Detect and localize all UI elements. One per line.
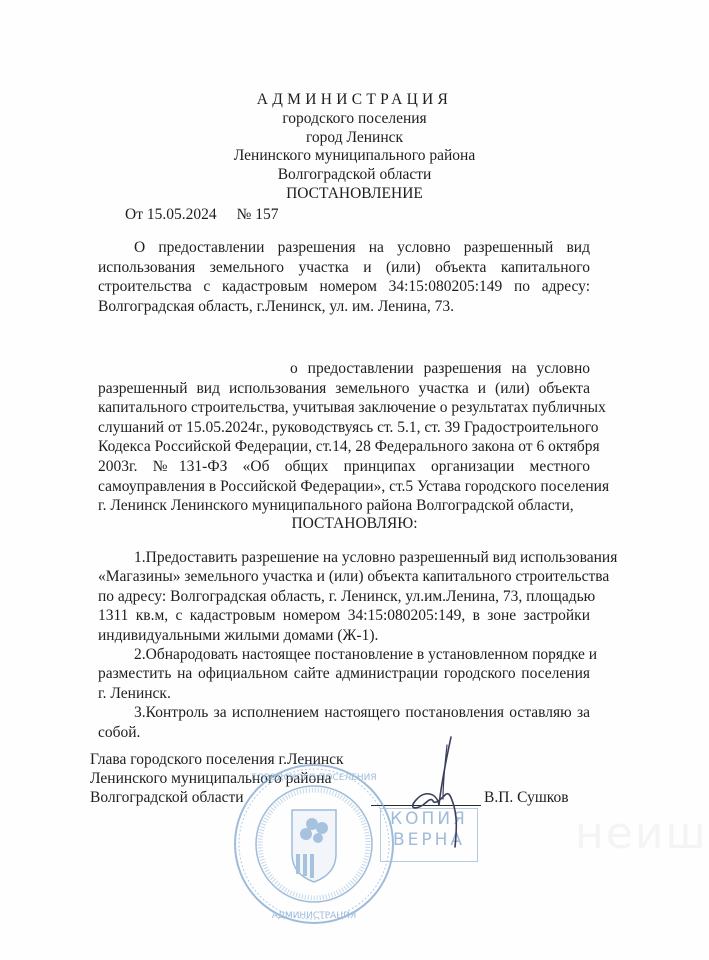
preamble-line: г. Ленинск Ленинского муниципального рай… — [98, 496, 590, 516]
subject-line: О предоставлении разрешения на условно р… — [98, 238, 590, 258]
preamble-line: Кодекса Российской Федерации, ст.14, 28 … — [98, 437, 590, 457]
item-1-line: индивидуальными жилыми домами (Ж-1). — [98, 626, 590, 645]
preamble-line: 2003г. №131-ФЗ «Об общих принципах орган… — [98, 457, 590, 477]
item-2-line: разместить на официальном сайте админист… — [98, 664, 590, 683]
header-line-2: город Ленинск — [0, 129, 709, 148]
preamble-line: разрешенный вид использования земельного… — [98, 379, 590, 399]
official-seal-icon: ГОРОДСКОГО ПОСЕЛЕНИЯ АДМИНИСТРАЦИЯ — [232, 762, 396, 926]
document-page: АДМИНИСТРАЦИЯ городского поселения город… — [0, 0, 709, 960]
header-line-3: Ленинского муниципального района — [0, 147, 709, 166]
svg-text:ГОРОДСКОГО ПОСЕЛЕНИЯ: ГОРОДСКОГО ПОСЕЛЕНИЯ — [251, 773, 376, 783]
item-1-line: «Магазины» земельного участка и (или) об… — [98, 567, 590, 586]
document-header: АДМИНИСТРАЦИЯ городского поселения город… — [0, 91, 709, 204]
document-date: От 15.05.2024 — [125, 206, 217, 223]
preamble-line: самоуправления в Российской Федерации», … — [98, 477, 590, 497]
decree-items: 1.Предоставить разрешение на условно раз… — [98, 548, 590, 742]
document-subject: О предоставлении разрешения на условно р… — [98, 238, 590, 316]
admin-title: АДМИНИСТРАЦИЯ — [0, 91, 709, 110]
decree-heading: ПОСТАНОВЛЯЮ: — [0, 515, 709, 533]
item-1-line: 1311 кв.м, с кадастровым номером 34:15:0… — [98, 606, 590, 625]
document-date-number: От 15.05.2024№ 157 — [125, 206, 279, 224]
subject-line: Волгоградская область, г.Ленинск, ул. им… — [98, 297, 590, 317]
document-type: ПОСТАНОВЛЕНИЕ — [0, 185, 709, 204]
header-line-1: городского поселения — [0, 110, 709, 129]
header-line-4: Волгоградской области — [0, 166, 709, 185]
background-watermark: неиш — [575, 808, 708, 859]
item-3-line: 3.Контроль за исполнением настоящего пос… — [98, 703, 590, 722]
subject-line: строительства с кадастровым номером 34:1… — [98, 277, 590, 297]
item-1-line: 1.Предоставить разрешение на условно раз… — [98, 548, 590, 567]
item-3-line: собой. — [98, 723, 590, 742]
preamble-line: капитального строительства, учитывая зак… — [98, 398, 590, 418]
preamble-line: о предоставлении разрешения на условно — [98, 359, 590, 379]
preamble-line: слушаний от 15.05.2024г., руководствуясь… — [98, 418, 590, 438]
document-number: № 157 — [237, 206, 279, 223]
signatory-name: В.П. Сушков — [484, 789, 569, 807]
handwritten-signature-icon — [395, 735, 485, 855]
document-preamble: о предоставлении разрешения на условно р… — [98, 359, 590, 516]
item-1-line: по адресу: Волгоградская область, г. Лен… — [98, 587, 590, 606]
subject-line: использования земельного участка и (или)… — [98, 258, 590, 278]
item-2-line: г. Ленинск. — [98, 684, 590, 703]
item-2-line: 2.Обнародовать настоящее постановление в… — [98, 645, 590, 664]
svg-text:АДМИНИСТРАЦИЯ: АДМИНИСТРАЦИЯ — [272, 911, 357, 921]
